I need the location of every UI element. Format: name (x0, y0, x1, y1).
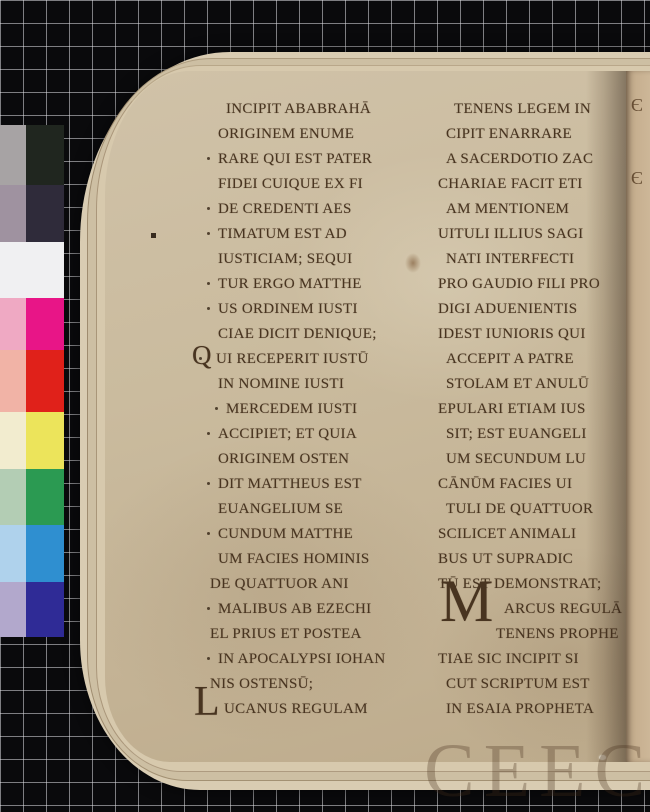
color-swatch (0, 469, 26, 525)
line-text: TIAE SIC INCIPIT SI (438, 651, 579, 667)
text-line: EUANGELIUM SE (218, 497, 386, 522)
margin-prick-dot (207, 232, 210, 235)
margin-prick-dot (207, 307, 210, 310)
text-line: QUI RECEPERIT IUSTŪ (210, 347, 386, 372)
line-text: UCANUS REGULAM (224, 697, 368, 722)
color-chart-row (0, 298, 64, 350)
illuminated-initial: Q (192, 343, 212, 368)
line-text: EUANGELIUM SE (218, 501, 343, 517)
facing-page-letter: Є (631, 95, 643, 116)
page-edge-layer: INCIPIT ABABRAHĀORIGINEM ENUMERARE QUI E… (96, 65, 650, 772)
text-line: DE CREDENTI AES (218, 197, 386, 222)
line-text: CHARIAE FACIT ETI (438, 176, 583, 192)
margin-prick-dot (207, 432, 210, 435)
line-text: TUR ERGO MATTHE (218, 276, 362, 292)
ink-stain (405, 253, 421, 273)
line-text: SIT; EST EUANGELI (446, 426, 587, 442)
line-text: UI RECEPERIT IUSTŪ (216, 347, 369, 372)
line-text: NIS OSTENSŪ; (210, 676, 313, 692)
line-text: CĀNŪM FACIES UI (438, 476, 572, 492)
text-line: US ORDINEM IUSTI (218, 297, 386, 322)
text-line: ACCIPIET; ET QUIA (218, 422, 386, 447)
line-text: MERCEDEM IUSTI (226, 401, 357, 417)
color-chart-row (0, 525, 64, 582)
line-text: EL PRIUS ET POSTEA (210, 626, 362, 642)
color-swatch (0, 298, 26, 350)
line-text: A SACERDOTIO ZAC (446, 151, 593, 167)
line-text: CIAE DICIT DENIQUE; (218, 326, 377, 342)
line-text: FIDEI CUIQUE EX FI (218, 176, 363, 192)
parchment-surface: INCIPIT ABABRAHĀORIGINEM ENUMERARE QUI E… (105, 71, 650, 762)
line-text: TIMATUM EST AD (218, 226, 347, 242)
facing-page-edge: Є Є (626, 71, 650, 762)
color-swatch (26, 525, 64, 582)
text-line: UM FACIES HOMINIS (218, 547, 386, 572)
margin-prick-dot (207, 282, 210, 285)
text-line: CIAE DICIT DENIQUE; (218, 322, 386, 347)
color-swatch (0, 412, 26, 469)
line-text: ORIGINEM ENUME (218, 126, 354, 142)
illuminated-initial: M (440, 589, 494, 614)
line-text: DE QUATTUOR ANI (210, 576, 349, 592)
margin-prick-dot (207, 482, 210, 485)
line-text: INCIPIT ABABRAHĀ (226, 101, 371, 117)
line-text: RARE QUI EST PATER (218, 151, 372, 167)
text-line: MALIBUS AB EZECHI (218, 597, 386, 622)
color-chart-row (0, 242, 64, 298)
line-text: MALIBUS AB EZECHI (218, 601, 371, 617)
line-text: TULI DE QUATTUOR (446, 501, 593, 517)
line-text: ACCIPIET; ET QUIA (218, 426, 357, 442)
line-text: PRO GAUDIO FILI PRO (438, 276, 600, 292)
text-line: EL PRIUS ET POSTEA (210, 622, 386, 647)
text-line: ORIGINEM OSTEN (218, 447, 386, 472)
line-text: UM SECUNDUM LU (446, 451, 586, 467)
color-chart-row (0, 185, 64, 242)
color-swatch (0, 350, 26, 412)
color-swatch (26, 298, 64, 350)
color-swatch (0, 525, 26, 582)
text-line: IN NOMINE IUSTI (218, 372, 386, 397)
color-chart-row (0, 582, 64, 637)
line-text: ACCEPIT A PATRE (446, 351, 574, 367)
line-text: IN NOMINE IUSTI (218, 376, 344, 392)
line-text: EPULARI ETIAM IUS (438, 401, 586, 417)
facing-page-letter: Є (631, 168, 643, 189)
text-line: MERCEDEM IUSTI (226, 397, 386, 422)
line-text: SCILICET ANIMALI (438, 526, 576, 542)
margin-prick-dot (207, 207, 210, 210)
color-swatch (26, 185, 64, 242)
text-line: INCIPIT ABABRAHĀ (226, 97, 386, 122)
line-text: ORIGINEM OSTEN (218, 451, 349, 467)
line-text: UM FACIES HOMINIS (218, 551, 370, 567)
text-line: DIT MATTHEUS EST (218, 472, 386, 497)
line-text: CUNDUM MATTHE (218, 526, 353, 542)
line-text: CIPIT ENARRARE (446, 126, 572, 142)
margin-prick-dot (207, 607, 210, 610)
line-text: TENENS LEGEM IN (454, 101, 591, 117)
line-text: IDEST IUNIORIS QUI (438, 326, 586, 342)
ink-blemish (151, 233, 156, 238)
line-text: AM MENTIONEM (446, 201, 569, 217)
text-line: DE QUATTUOR ANI (210, 572, 386, 597)
margin-prick-dot (207, 532, 210, 535)
line-text: DE CREDENTI AES (218, 201, 352, 217)
text-line: LUCANUS REGULAM (210, 697, 386, 722)
color-swatch (26, 350, 64, 412)
color-swatch (0, 242, 64, 298)
color-swatch (26, 125, 64, 185)
text-line: IN APOCALYPSI IOHAN (218, 647, 386, 672)
text-column-left: INCIPIT ABABRAHĀORIGINEM ENUMERARE QUI E… (210, 97, 386, 722)
color-swatch (0, 582, 26, 637)
color-swatch (26, 469, 64, 525)
text-line: CUNDUM MATTHE (218, 522, 386, 547)
line-text: BUS UT SUPRADIC (438, 551, 573, 567)
text-line: TIMATUM EST AD (218, 222, 386, 247)
margin-prick-dot (215, 407, 218, 410)
color-chart-row (0, 469, 64, 525)
text-line: NIS OSTENSŪ; (210, 672, 386, 697)
line-text: CUT SCRIPTUM EST (446, 676, 590, 692)
ceec-watermark: CEEC (424, 728, 650, 812)
margin-prick-dot (207, 157, 210, 160)
line-text: DIGI ADUENIENTIS (438, 301, 577, 317)
color-chart-row (0, 350, 64, 412)
manuscript-book-block: INCIPIT ABABRAHĀORIGINEM ENUMERARE QUI E… (80, 52, 650, 790)
line-text: IN ESAIA PROPHETA (446, 701, 594, 717)
line-text: IN APOCALYPSI IOHAN (218, 651, 386, 667)
line-text: US ORDINEM IUSTI (218, 301, 358, 317)
line-text: DIT MATTHEUS EST (218, 476, 362, 492)
line-text: IUSTICIAM; SEQUI (218, 251, 352, 267)
color-swatch (0, 185, 26, 242)
text-line: TUR ERGO MATTHE (218, 272, 386, 297)
illuminated-initial: L (194, 690, 220, 715)
color-swatch (26, 582, 64, 637)
color-swatch (26, 412, 64, 469)
color-calibration-chart (0, 125, 64, 637)
margin-prick-dot (207, 657, 210, 660)
text-line: ORIGINEM ENUME (218, 122, 386, 147)
page-gutter-shadow (586, 71, 626, 762)
text-line: IUSTICIAM; SEQUI (218, 247, 386, 272)
text-line: RARE QUI EST PATER (218, 147, 386, 172)
color-chart-row (0, 412, 64, 469)
color-chart-row (0, 125, 64, 185)
line-text: STOLAM ET ANULŪ (446, 376, 589, 392)
text-line: FIDEI CUIQUE EX FI (218, 172, 386, 197)
manuscript-photo-stage: INCIPIT ABABRAHĀORIGINEM ENUMERARE QUI E… (0, 0, 650, 812)
color-swatch (0, 125, 26, 185)
line-text: NATI INTERFECTI (446, 251, 574, 267)
page-edge-layer: INCIPIT ABABRAHĀORIGINEM ENUMERARE QUI E… (87, 58, 650, 781)
line-text: UITULI ILLIUS SAGI (438, 226, 583, 242)
